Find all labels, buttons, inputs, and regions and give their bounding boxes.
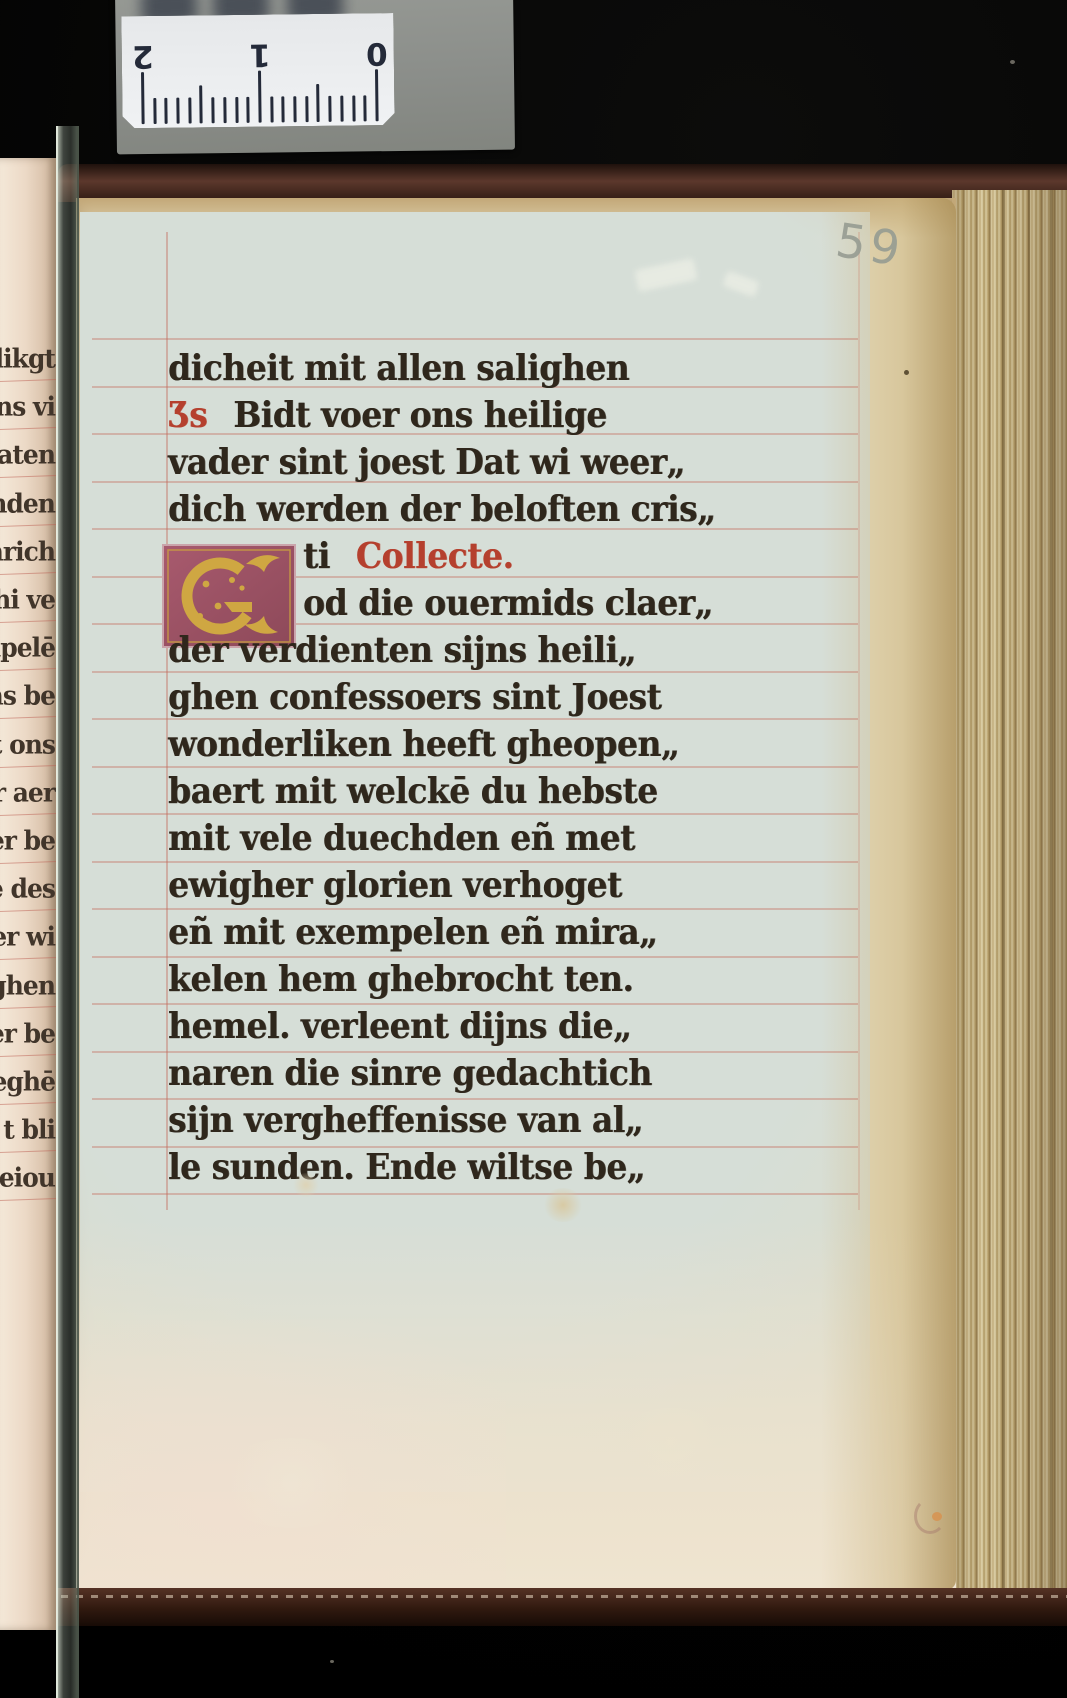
text-line: ghen confessoers sint Joest (168, 676, 661, 718)
facing-page-ruling-line (0, 957, 57, 960)
text-segment: dicheit mit allen salighen (168, 347, 629, 389)
ruler-tick (258, 71, 262, 123)
facing-page-fragment: eiou (0, 1163, 55, 1193)
facing-page-ruling-line (0, 1150, 57, 1153)
facing-page-fragment: laten (0, 440, 55, 470)
ruler-tick (364, 95, 367, 121)
ruler-tick (352, 96, 355, 122)
facing-page-fragment: nde des (0, 873, 55, 903)
ruling-line (92, 338, 858, 340)
ruler-tick (340, 96, 343, 122)
stain (542, 1188, 584, 1222)
text-segment: ghen confessoers sint Joest (168, 676, 661, 718)
text-line: tiCollecte. (303, 535, 513, 577)
facing-page-ruling-line (0, 861, 57, 864)
ruler-tick (282, 96, 285, 122)
facing-page-fragment: er be (0, 1018, 55, 1048)
text-line: naren die sinre gedachtich (168, 1052, 652, 1094)
facing-page-fragment: npelē (0, 632, 55, 662)
text-segment: dich werden der beloften cris„ (168, 488, 716, 530)
text-segment: ewigher glorien verhoget (168, 864, 622, 906)
text-line: hemel. verleent dijns die„ (168, 1005, 631, 1047)
text-segment: der verdienten sijns heili„ (168, 629, 636, 671)
leather-cover-bottom-edge (46, 1588, 1067, 1626)
text-line: ewigher glorien verhoget (168, 864, 622, 906)
text-segment: kelen hem ghebrocht ten. (168, 958, 633, 1000)
ruler-tick (270, 97, 273, 123)
rubric-text-segment: Ʒs (168, 394, 207, 436)
ruler-card: 012 (115, 0, 515, 154)
text-segment: le sunden. Ende wiltse be„ (168, 1146, 645, 1188)
text-segment: baert mit welckē du hebste (168, 770, 658, 812)
stain (292, 1173, 320, 1197)
ruler-tick (305, 96, 308, 122)
text-line: le sunden. Ende wiltse be„ (168, 1146, 645, 1188)
facing-page-ruling-line (0, 813, 57, 816)
facing-page-ruling-line (0, 1102, 57, 1105)
facing-page-ruling-line (0, 1006, 57, 1009)
ruler-tick (165, 98, 168, 124)
stain (616, 1408, 726, 1478)
facing-page-ruling-line (0, 475, 57, 478)
text-segment: wonderliken heeft gheopen„ (168, 723, 679, 765)
fore-edge-groove (1050, 190, 1053, 1592)
ruler-tick (317, 84, 320, 122)
ruler-tick (200, 85, 203, 123)
fore-edge-page-stack (952, 190, 1067, 1592)
ruler-number: 0 (362, 35, 392, 71)
facing-page-fragment: ernden (0, 488, 55, 518)
facing-page-ruling-line (0, 909, 57, 912)
facing-page-fragment: her be (0, 825, 55, 855)
ruler-tick (223, 97, 226, 123)
ruler-tick (153, 98, 156, 124)
rubric-text-segment: Collecte. (356, 535, 514, 577)
ruler-tick (375, 69, 379, 121)
ruling-line (92, 766, 858, 768)
manuscript-page: dicheit mit allen salighenƷsBidt voer on… (76, 198, 956, 1590)
text-line: mit vele duechden eñ met (168, 817, 635, 859)
facing-page-ruling-line (0, 716, 57, 719)
text-line: der verdienten sijns heili„ (168, 629, 636, 671)
facing-page-ruling-line (0, 1198, 57, 1201)
stain (216, 1438, 366, 1528)
ruling-line (92, 1193, 858, 1195)
facing-page-ruling-line (0, 379, 57, 382)
ruling-line-vertical (858, 232, 860, 1210)
facing-page-fragment: nrich (0, 536, 55, 566)
facing-page-fragment: tghen (0, 970, 55, 1000)
dust-speck (330, 1660, 334, 1663)
manuscript-photograph: 012 (0, 0, 1067, 1698)
text-line: sijn vergheffenisse van al„ (168, 1099, 643, 1141)
text-line: ƷsBidt voer ons heilige (168, 394, 607, 436)
text-line: dich werden der beloften cris„ (168, 488, 716, 530)
fore-edge-groove (1028, 190, 1030, 1592)
text-segment: mit vele duechden eñ met (168, 817, 635, 859)
facing-page-fragment: likgt (0, 343, 55, 373)
text-line: dicheit mit allen salighen (168, 347, 629, 389)
facing-page-fragment: ns vi (0, 391, 55, 421)
facing-page-ruling-line (0, 427, 57, 430)
glass-plate-edge (56, 126, 79, 1698)
page-right-curve-shade (821, 198, 956, 1590)
text-segment: Bidt voer ons heilige (233, 394, 607, 436)
facing-page-ruling-line (0, 668, 57, 671)
ruler-tick (188, 98, 191, 124)
text-segment: eñ mit exempelen eñ mira„ (168, 911, 658, 953)
text-segment: ti (303, 535, 330, 577)
facing-page-fragment: ler aer (0, 777, 55, 807)
ruling-line (92, 861, 858, 863)
text-segment: hemel. verleent dijns die„ (168, 1005, 631, 1047)
ruling-line (92, 671, 858, 673)
text-segment: sijn vergheffenisse van al„ (168, 1099, 643, 1141)
facing-page-fragment: ns be (0, 681, 55, 711)
facing-page-ruling-line (0, 620, 57, 623)
ruler-tick (293, 96, 296, 122)
text-line: wonderliken heeft gheopen„ (168, 723, 679, 765)
facing-page-ruling-line (0, 1054, 57, 1057)
leather-cover-top-edge (58, 164, 1067, 202)
text-segment: naren die sinre gedachtich (168, 1052, 652, 1094)
text-line: kelen hem ghebrocht ten. (168, 958, 633, 1000)
folio-number: 59 (832, 213, 908, 278)
ruler-tick (141, 72, 145, 124)
ruler-number: 1 (245, 36, 275, 72)
text-line: eñ mit exempelen eñ mira„ (168, 911, 658, 953)
dust-speck (1010, 60, 1015, 64)
text-line: baert mit welckē du hebste (168, 770, 658, 812)
text-line: vader sint joest Dat wi weer„ (168, 441, 685, 483)
ruler-number: 2 (128, 38, 158, 74)
facing-page-fragment: nteghē (0, 1066, 55, 1096)
facing-page-fragment: ghi ve (0, 584, 55, 614)
facing-page-fragment: t bli (3, 1114, 55, 1144)
facing-page-sliver: likgtns vilatenerndennrichghi venpelēns … (0, 158, 57, 1630)
ruler-tick (247, 97, 250, 123)
orange-fleck (932, 1512, 942, 1521)
facing-page-fragment: er wi (0, 922, 55, 952)
facing-page-ruling-line (0, 765, 57, 768)
text-line: od die ouermids claer„ (303, 582, 713, 624)
facing-page-ruling-line (0, 524, 57, 527)
text-segment: vader sint joest Dat wi weer„ (168, 441, 685, 483)
cover-stitching (46, 1595, 1067, 1598)
text-segment: od die ouermids claer„ (303, 582, 713, 624)
ink-speck (904, 370, 909, 375)
ruler-tick (176, 98, 179, 124)
ruler-tick (235, 97, 238, 123)
ruler-tick (329, 96, 332, 122)
ruler-tick (212, 97, 215, 123)
ruler: 012 (121, 13, 394, 128)
fore-edge-groove (1002, 190, 1005, 1592)
ruling-line (92, 718, 858, 720)
facing-page-ruling-line (0, 572, 57, 575)
facing-page-fragment: t ons (0, 729, 55, 759)
ruling-line (92, 813, 858, 815)
